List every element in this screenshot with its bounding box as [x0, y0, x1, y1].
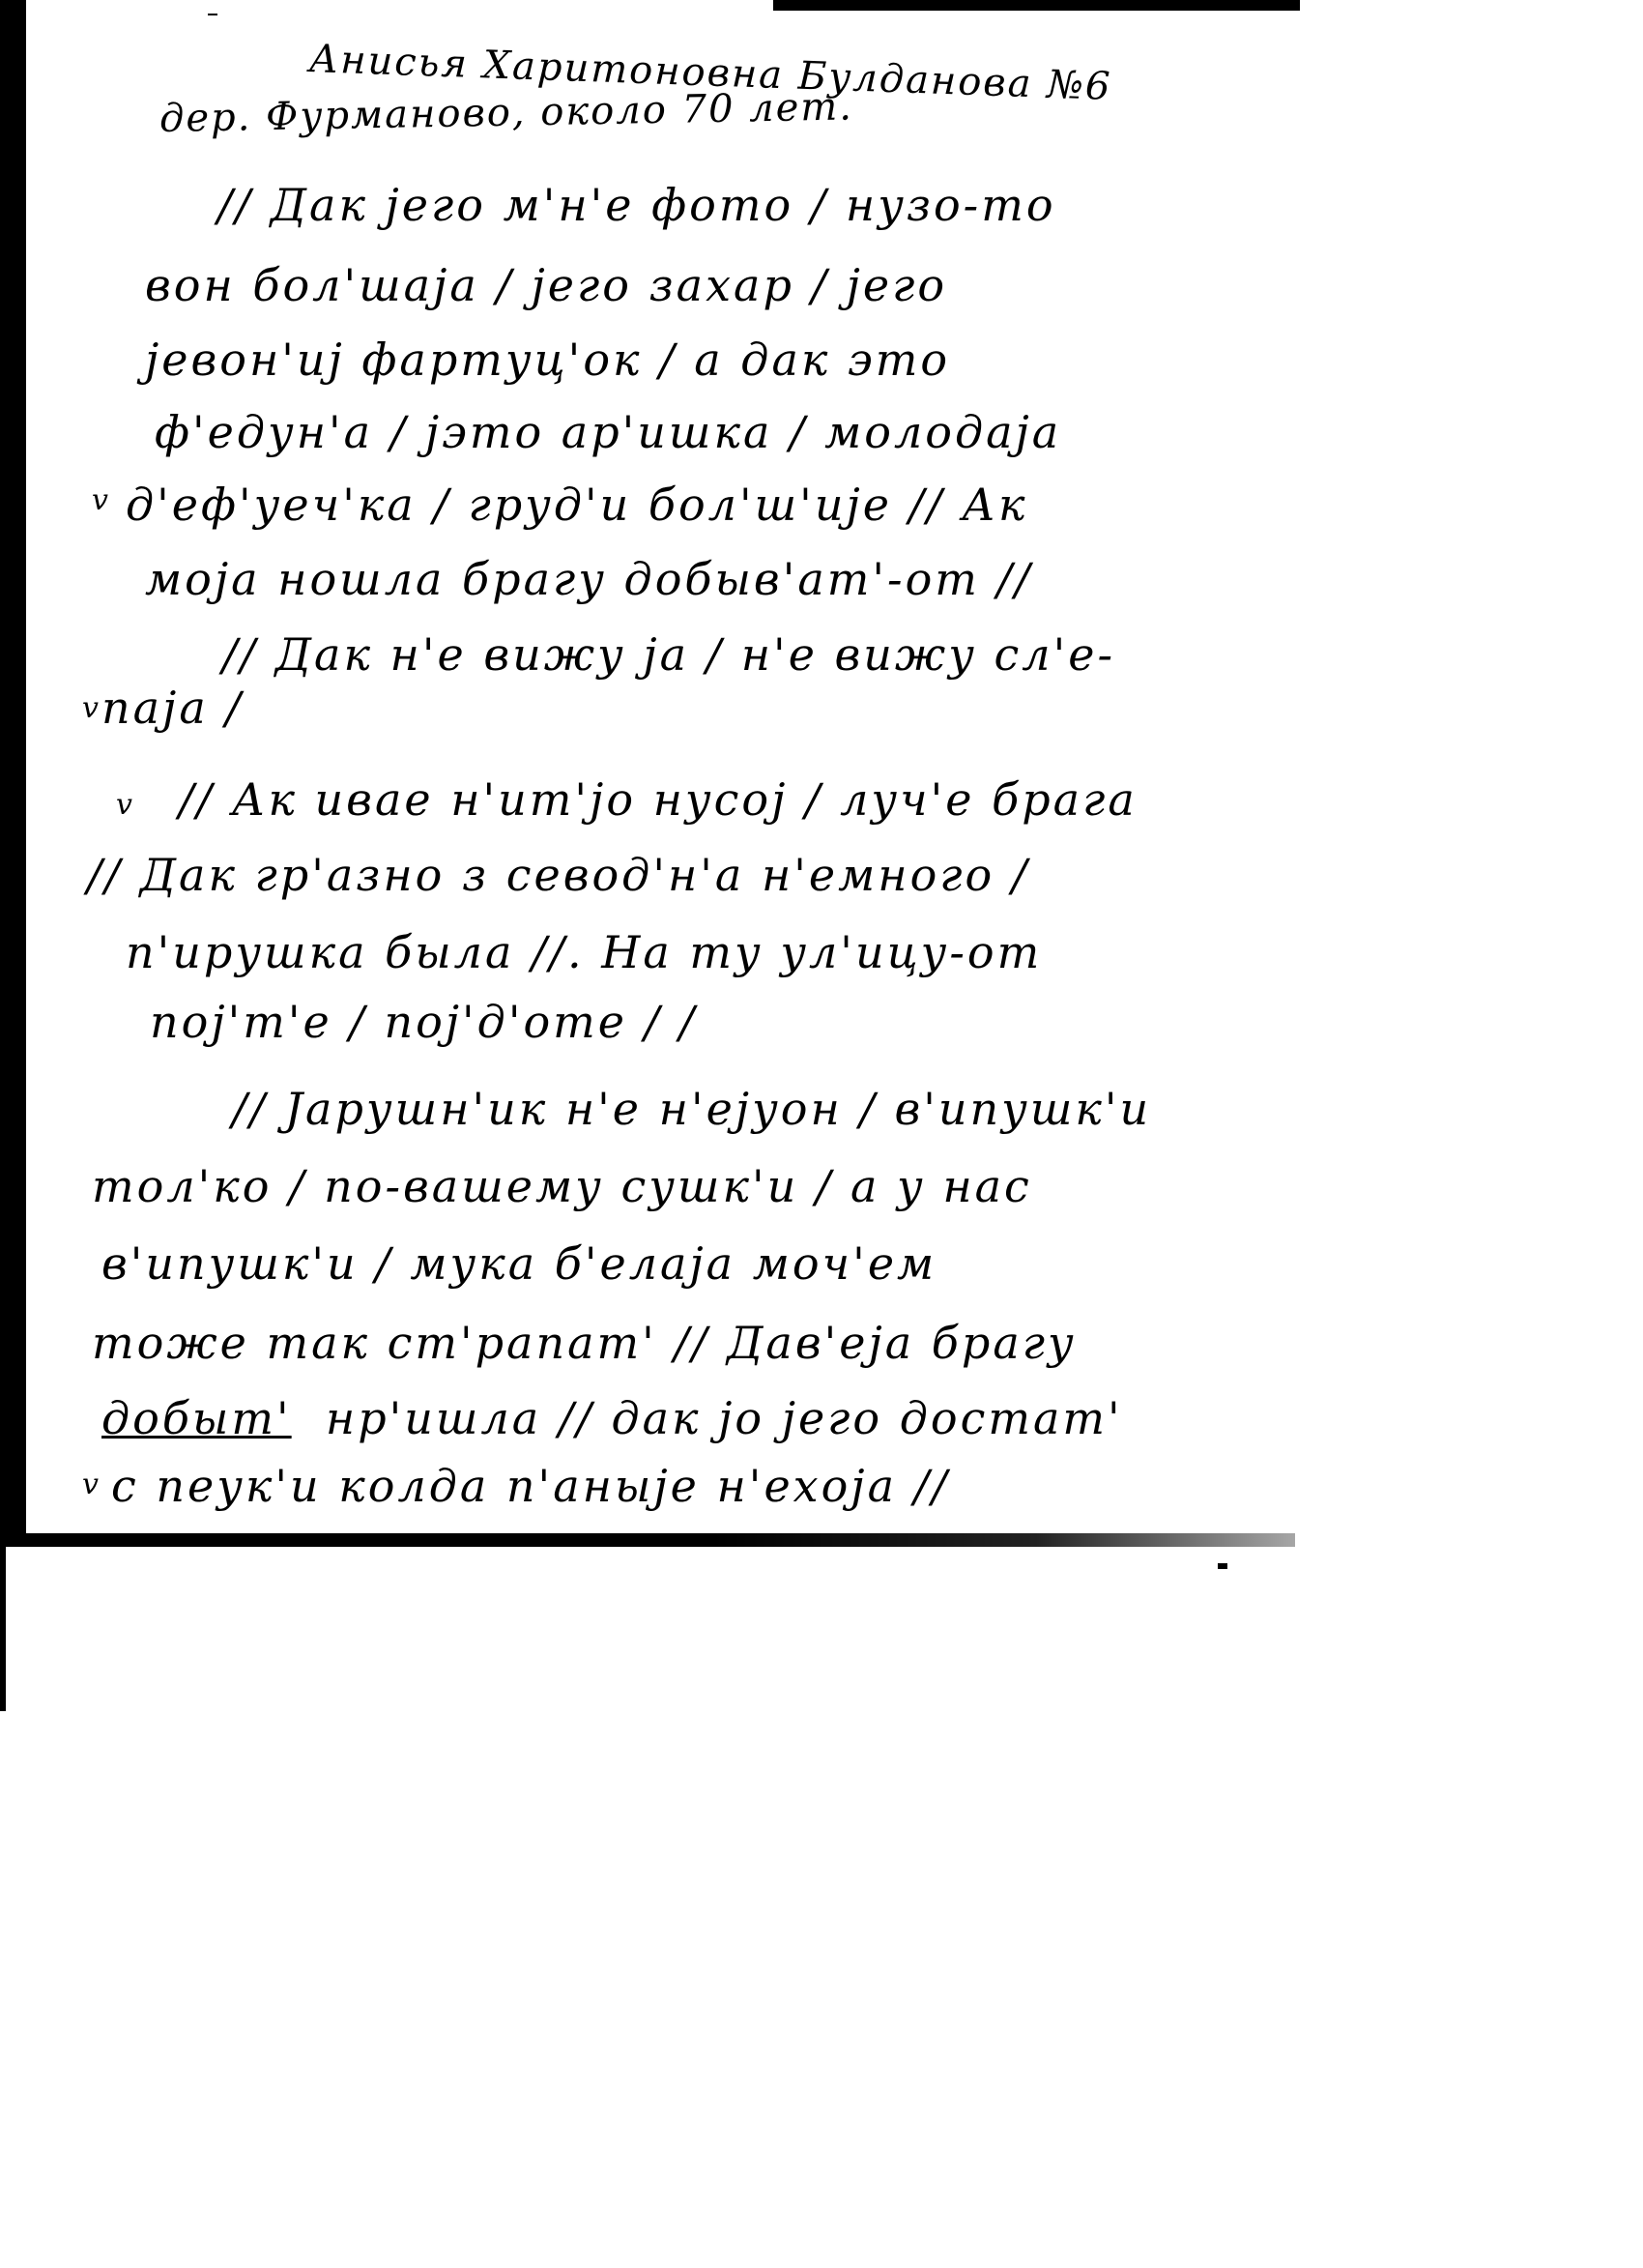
header-village-age: дер. Фурманово, около 70 лет.	[159, 84, 854, 141]
text-line-6: моја ношла брагу добыв'ат'-от //	[145, 553, 1033, 605]
margin-check-mark: v	[92, 483, 111, 517]
text-line-14: тол'ко / по-вашему сушк'и / а у нас	[92, 1160, 1032, 1212]
text-line-5: д'еф'уеч'ка / груд'и бол'ш'иje // Ак	[126, 479, 1027, 531]
text-line-13: // Јарушн'ик н'е н'ејуон / в'ипушк'и	[232, 1083, 1151, 1135]
text-line-1: // Дак јего м'н'е фото / нузо-то	[217, 179, 1056, 231]
underlined-word: добыт'	[101, 1392, 292, 1444]
scan-left-border	[0, 0, 26, 1545]
text-line-16: тоже так ст'рапат' // Дав'еја брагу	[92, 1317, 1077, 1369]
scan-left-border-lower	[0, 1545, 6, 1711]
text-line-17-rest: нр'ишла // дак јо јего достат'	[308, 1392, 1122, 1444]
text-line-2: вон бол'шаја / јего захар / јего	[145, 259, 947, 311]
margin-check-mark: v	[82, 1468, 101, 1501]
text-line-15: в'ипушк'и / мука б'елаја моч'ем	[101, 1237, 937, 1290]
margin-check-mark: v	[116, 788, 135, 822]
text-line-8: паја /	[101, 682, 244, 734]
text-line-11: п'ирушка была //. На ту ул'ицу-от	[126, 926, 1042, 978]
text-line-12: пој'т'е / пој'д'оте / /	[150, 996, 697, 1048]
scan-speck	[1218, 1563, 1227, 1569]
text-line-17: добыт' нр'ишла // дак јо јего достат'	[101, 1392, 1123, 1444]
text-line-4: ф'едун'а / јэто ар'ишка / молодаја	[155, 406, 1061, 458]
text-line-10: // Дак гр'азно з севод'н'а н'емного /	[87, 849, 1029, 901]
text-line-7: // Дак н'е вижу ја / н'е вижу сл'е-	[222, 628, 1115, 681]
text-line-3: јевон'иј фартуц'ок / а дак это	[145, 334, 950, 386]
text-line-18: с пеук'и колда п'аныје н'ехоја //	[111, 1460, 950, 1512]
margin-check-mark: v	[82, 691, 101, 725]
scan-top-bar	[773, 0, 1300, 11]
text-line-9: // Ак ивае н'ит'јо нусој / луч'е брага	[179, 773, 1138, 826]
scan-speck	[208, 14, 217, 15]
paper-bottom-edge	[0, 1533, 1295, 1547]
